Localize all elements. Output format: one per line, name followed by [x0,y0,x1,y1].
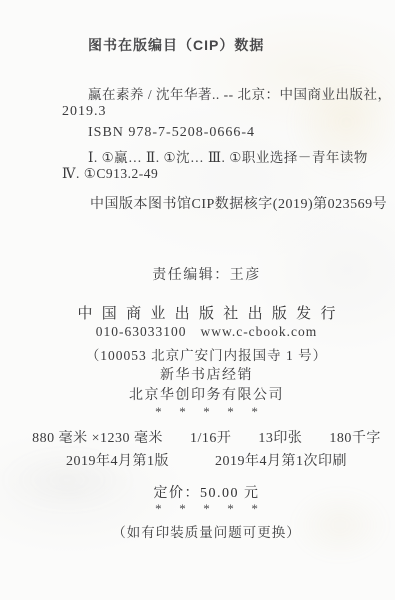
cip-record-line1: 赢在素养 / 沈年华著.. -- 北京：中国商业出版社， [88,83,392,103]
quality-notice: （如有印装质量问题可更换） [18,521,395,541]
cip-heading: 图书在版编目（CIP）数据 [88,35,264,55]
format-fraction: 1/16开 [190,427,231,447]
asterisk-separator-top: * * * * * [18,404,395,420]
edition-line: 2019年4月第1版 2019年4月第1次印刷 [18,450,395,470]
printing-info: 2019年4月第1次印刷 [215,450,347,470]
price-line: 定价：50.00 元 [18,482,395,502]
cip-classification-line2: Ⅳ. ①C913.2-49 [62,166,158,182]
format-spec-line: 880 毫米 ×1230 毫米 1/16开 13印张 180千字 [18,427,395,447]
showthrough-ghost-top-right [275,55,395,205]
printer-line: 北京华创印务有限公司 [18,384,395,404]
book-copyright-page: 图书在版编目（CIP）数据 赢在素养 / 沈年华著.. -- 北京：中国商业出版… [0,0,395,600]
cip-registry-number: 中国版本图书馆CIP数据核字(2019)第023569号 [90,193,387,213]
publisher-website: www.c-cbook.com [200,324,317,340]
publisher-address: （100053 北京广安门内报国寺 1 号） [18,344,395,364]
cip-classification-line1: Ⅰ. ①赢… Ⅱ. ①沈… Ⅲ. ①职业选择－青年读物 [88,146,368,166]
word-count: 180千字 [329,427,381,447]
responsible-editor: 责任编辑：王彦 [18,264,395,284]
edition-info: 2019年4月第1版 [66,450,169,470]
printed-sheets: 13印张 [258,427,302,447]
distributor-line: 新华书店经销 [18,364,395,384]
publisher-phone: 010-63033100 [96,324,187,340]
sheet-size: 880 毫米 ×1230 毫米 [32,427,163,447]
contact-line: 010-63033100 www.c-cbook.com [18,324,395,340]
publisher-line: 中国商业出版社出版发行 [18,302,395,323]
cip-record-line2: 2019.3 [62,104,107,120]
asterisk-separator-bottom: * * * * * [18,501,395,517]
isbn-line: ISBN 978-7-5208-0666-4 [88,125,255,141]
